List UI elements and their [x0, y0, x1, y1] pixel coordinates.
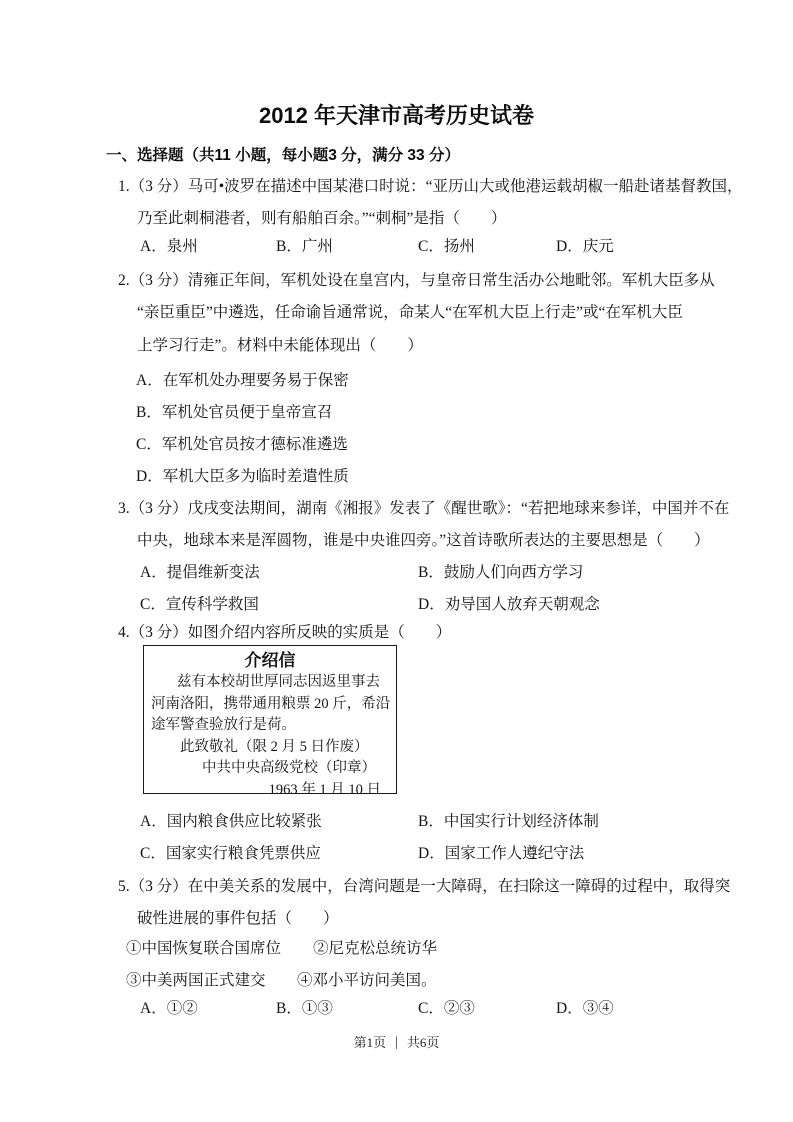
footer-page-number: 第1页 [354, 1027, 387, 1059]
question-5-item-1: ①中国恢复联合国席位 [126, 933, 281, 965]
question-5-item-2: ②尼克松总统访华 [313, 933, 437, 965]
footer-separator: | [395, 1027, 398, 1059]
letter-body-line-1: 兹有本校胡世厚同志因返里事去 [151, 672, 396, 694]
question-2-line-3: 上学习行走”。材料中未能体现出（ ） [137, 330, 423, 362]
question-5-option-c: C．②③ [418, 993, 475, 1025]
question-2-line-1: 2.（3 分）清雍正年间，军机处设在皇宫内，与皇帝日常生活办公地毗邻。军机大臣多… [118, 265, 715, 297]
question-3-option-a: A．提倡维新变法 [140, 557, 260, 589]
question-2-line-2: “亲臣重臣”中遴选，任命谕旨通常说，命某人“在军机大臣上行走”或“在军机大臣 [137, 297, 683, 329]
page-title: 2012 年天津市高考历史试卷 [0, 99, 793, 132]
question-4-option-a: A．国内粮食供应比较紧张 [140, 806, 322, 838]
question-3-line-1: 3.（3 分）戊戌变法期间，湖南《湘报》发表了《醒世歌》：“若把地球来参详，中国… [118, 493, 729, 525]
question-1-option-d: D．庆元 [556, 231, 614, 263]
question-3-line-2: 中央，地球本来是浑圆物，谁是中央谁四旁。”这首诗歌所表达的主要思想是（ ） [137, 525, 710, 557]
question-1-option-c: C．扬州 [418, 231, 475, 263]
question-3-option-b: B．鼓励人们向西方学习 [418, 557, 583, 589]
question-5-option-a: A．①② [140, 993, 198, 1025]
letter-date-line: 1963 年 1 月 10 日 [151, 780, 396, 795]
question-5-option-b: B．①③ [276, 993, 333, 1025]
question-2-option-c: C．军机处官员按才德标准遴选 [136, 429, 348, 461]
question-5-line-1: 5.（3 分）在中美关系的发展中，台湾问题是一大障碍，在扫除这一障碍的过程中，取… [118, 871, 730, 903]
question-4-option-d: D．国家工作人遵纪守法 [418, 838, 584, 870]
letter-issuer-line: 中共中央高级党校（印章） [151, 758, 396, 780]
letter-title: 介绍信 [151, 650, 396, 672]
letter-body-line-2: 河南洛阳，携带通用粮票 20 斤，希沿 [151, 694, 396, 716]
question-4-option-c: C．国家实行粮食凭票供应 [140, 838, 321, 870]
question-1-option-b: B．广州 [276, 231, 333, 263]
exam-page: 2012 年天津市高考历史试卷 一、选择题（共11 小题，每小题3 分，满分 3… [0, 0, 793, 1122]
question-5-line-2: 破性进展的事件包括（ ） [137, 903, 339, 935]
question-2-option-b: B．军机处官员便于皇帝宣召 [136, 397, 332, 429]
question-5-option-d: D．③④ [556, 993, 614, 1025]
question-1-option-a: A．泉州 [140, 231, 198, 263]
introduction-letter-box: 介绍信 兹有本校胡世厚同志因返里事去 河南洛阳，携带通用粮票 20 斤，希沿 途… [143, 645, 397, 794]
letter-body-line-3: 途军警查验放行是荷。 [151, 715, 396, 737]
question-2-option-d: D．军机大臣多为临时差遣性质 [136, 461, 349, 493]
question-1-line-1: 1.（3 分）马可•波罗在描述中国某港口时说：“亚历山大或他港运载胡椒一船赴诸基… [118, 171, 743, 203]
question-2-option-a: A．在军机处办理要务易于保密 [136, 365, 349, 397]
letter-salute-line: 此致敬礼（限 2 月 5 日作废） [151, 737, 396, 759]
footer-total-pages: 共6页 [407, 1027, 440, 1059]
page-footer: 第1页 | 共6页 [0, 1027, 793, 1059]
question-4-option-b: B．中国实行计划经济体制 [418, 806, 599, 838]
section-header: 一、选择题（共11 小题，每小题3 分，满分 33 分） [106, 140, 460, 172]
